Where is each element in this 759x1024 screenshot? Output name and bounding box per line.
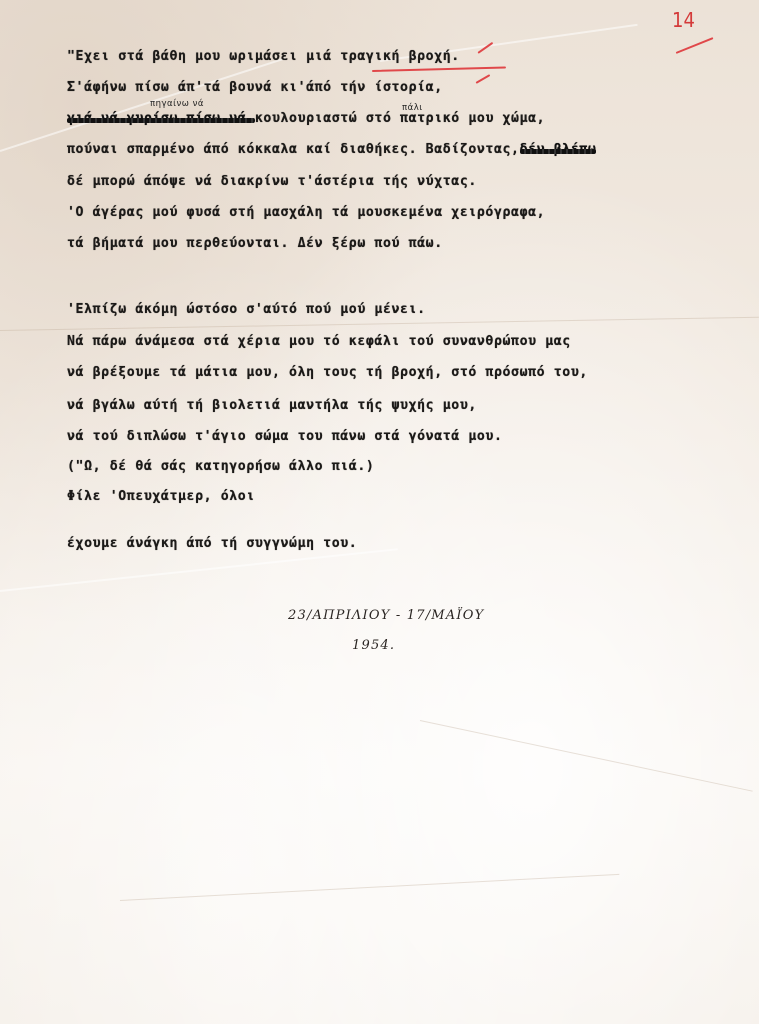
paper-crease xyxy=(0,317,759,331)
poem-line: 'Ο άγέρας μού φυσά στή μασχάλη τά μουσκε… xyxy=(67,205,545,220)
struck-text: δέν βλέπω xyxy=(520,142,597,157)
poem-line: Σ'άφήνω πίσω άπ'τά βουνά κι'άπό τήν ίστο… xyxy=(67,80,443,95)
handwritten-year: 1954. xyxy=(352,638,395,653)
poem-line: γιά νά γυρίσω πίσω νά κουλουριαστώ στό π… xyxy=(67,111,545,126)
struck-text: γιά νά γυρίσω πίσω νά xyxy=(67,111,255,126)
poem-line: έχουμε άνάγκη άπό τή συγγνώμη του. xyxy=(67,536,357,551)
poem-line: τά βήματά μου περθεύονται. Δέν ξέρω πού … xyxy=(67,236,443,251)
handwritten-date: 23/ΑΠΡΙΛΙΟΥ - 17/ΜΑΪΟΥ xyxy=(288,608,484,623)
poem-line-text: πούναι σπαρμένο άπό κόκκαλα καί διαθήκες… xyxy=(67,142,520,157)
poem-line: "Εχει στά βάθη μου ωριμάσει μιά τραγική … xyxy=(67,49,460,64)
paper-crease xyxy=(0,548,398,592)
red-check-mark xyxy=(476,74,491,84)
poem-line: νά τού διπλώσω τ'άγιο σώμα του πάνω στά … xyxy=(67,429,503,444)
red-pencil-mark xyxy=(676,37,714,54)
paper-crease xyxy=(120,874,619,901)
red-underline-mark xyxy=(372,66,506,72)
poem-line: 'Ελπίζω άκόμη ώστόσο σ'αύτό πού μού μένε… xyxy=(67,302,426,317)
poem-line: Νά πάρω άνάμεσα στά χέρια μου τό κεφάλι … xyxy=(67,334,571,349)
page-number: 14 xyxy=(672,8,695,32)
poem-line: δέ μπορώ άπόψε νά διακρίνω τ'άστέρια τής… xyxy=(67,174,477,189)
handwritten-insertion: πηγαίνω νά xyxy=(150,99,204,109)
poem-line: Φίλε 'Οπευχάτμερ, όλοι xyxy=(67,489,255,504)
poem-line: νά βρέξουμε τά μάτια μου, όλη τους τή βρ… xyxy=(67,365,588,380)
paper-crease xyxy=(0,57,286,152)
poem-line: ("Ω, δέ θά σάς κατηγορήσω άλλο πιά.) xyxy=(67,459,374,474)
typewritten-page: 14 "Εχει στά βάθη μου ωριμάσει μιά τραγι… xyxy=(0,0,759,1024)
poem-line: νά βγάλω αύτή τή βιολετιά μαντήλα τής ψυ… xyxy=(67,398,477,413)
poem-line: πούναι σπαρμένο άπό κόκκαλα καί διαθήκες… xyxy=(67,142,596,157)
poem-line-text: κουλουριαστώ στό πατρικό μου χώμα, xyxy=(255,111,545,126)
paper-crease xyxy=(420,720,753,792)
